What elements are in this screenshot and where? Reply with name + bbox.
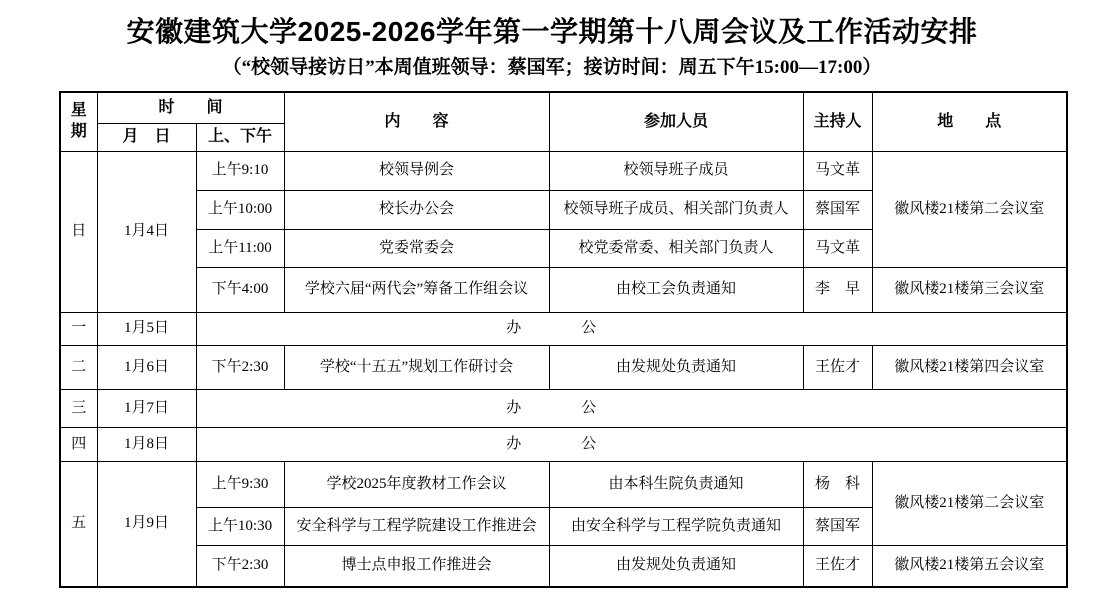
- cell-week: 二: [60, 345, 97, 389]
- cell-host: 李 早: [803, 267, 872, 312]
- col-header-week: 星期: [60, 92, 97, 151]
- cell-time: 上午9:10: [196, 151, 284, 190]
- office-note-text: 办 公: [506, 435, 596, 454]
- cell-location: 徽风楼21楼第五会议室: [872, 545, 1067, 587]
- cell-week: 一: [60, 312, 97, 345]
- cell-location: 徽风楼21楼第三会议室: [872, 267, 1067, 312]
- cell-time: 上午10:30: [196, 507, 284, 545]
- cell-participants: 校领导班子成员: [549, 151, 803, 190]
- cell-host: 王佐才: [803, 345, 872, 389]
- cell-time: 上午11:00: [196, 229, 284, 267]
- cell-participants: 校党委常委、相关部门负责人: [549, 229, 803, 267]
- col-header-host: 主持人: [803, 92, 872, 151]
- col-header-content: 内 容: [284, 92, 549, 151]
- col-header-week-label: 星期: [70, 101, 88, 143]
- cell-date: 1月4日: [97, 151, 196, 312]
- cell-time: 下午2:30: [196, 545, 284, 587]
- col-header-location: 地 点: [872, 92, 1067, 151]
- table-row: 四 1月8日 办 公: [60, 427, 1067, 461]
- cell-week: 五: [60, 461, 97, 587]
- cell-host: 马文革: [803, 229, 872, 267]
- cell-location: 徽风楼21楼第二会议室: [872, 461, 1067, 545]
- cell-time: 下午4:00: [196, 267, 284, 312]
- col-header-ampm: 上、下午: [196, 123, 284, 151]
- cell-participants: 由本科生院负责通知: [549, 461, 803, 507]
- cell-host: 马文革: [803, 151, 872, 190]
- cell-date: 1月9日: [97, 461, 196, 587]
- table-row: 三 1月7日 办 公: [60, 389, 1067, 427]
- cell-week: 四: [60, 427, 97, 461]
- cell-host: 王佐才: [803, 545, 872, 587]
- col-header-time: 时 间: [97, 92, 284, 123]
- cell-week: 三: [60, 389, 97, 427]
- cell-time: 上午10:00: [196, 190, 284, 229]
- cell-participants: 校领导班子成员、相关部门负责人: [549, 190, 803, 229]
- cell-participants: 由发规处负责通知: [549, 345, 803, 389]
- cell-date: 1月6日: [97, 345, 196, 389]
- cell-host: 蔡国军: [803, 507, 872, 545]
- cell-participants: 由发规处负责通知: [549, 545, 803, 587]
- page-title: 安徽建筑大学2025-2026学年第一学期第十八周会议及工作活动安排: [0, 0, 1104, 48]
- cell-office-note: 办 公: [196, 312, 1067, 345]
- cell-date: 1月5日: [97, 312, 196, 345]
- cell-host: 蔡国军: [803, 190, 872, 229]
- office-note-text: 办 公: [506, 319, 596, 338]
- cell-office-note: 办 公: [196, 389, 1067, 427]
- cell-content: 校领导例会: [284, 151, 549, 190]
- table-row: 一 1月5日 办 公: [60, 312, 1067, 345]
- cell-content: 学校六届“两代会”筹备工作组会议: [284, 267, 549, 312]
- cell-location: 徽风楼21楼第二会议室: [872, 151, 1067, 267]
- table-row: 下午2:30 博士点申报工作推进会 由发规处负责通知 王佐才 徽风楼21楼第五会…: [60, 545, 1067, 587]
- cell-participants: 由安全科学与工程学院负责通知: [549, 507, 803, 545]
- cell-participants: 由校工会负责通知: [549, 267, 803, 312]
- cell-time: 下午2:30: [196, 345, 284, 389]
- cell-content: 博士点申报工作推进会: [284, 545, 549, 587]
- col-header-date: 月 日: [97, 123, 196, 151]
- cell-time: 上午9:30: [196, 461, 284, 507]
- schedule-table: 星期 时 间 内 容 参加人员 主持人 地 点 月 日 上、下午 日 1月4日 …: [59, 91, 1068, 588]
- table-row: 下午4:00 学校六届“两代会”筹备工作组会议 由校工会负责通知 李 早 徽风楼…: [60, 267, 1067, 312]
- cell-week: 日: [60, 151, 97, 312]
- table-row: 日 1月4日 上午9:10 校领导例会 校领导班子成员 马文革 徽风楼21楼第二…: [60, 151, 1067, 190]
- cell-content: 学校2025年度教材工作会议: [284, 461, 549, 507]
- cell-location: 徽风楼21楼第四会议室: [872, 345, 1067, 389]
- cell-content: 党委常委会: [284, 229, 549, 267]
- page-subtitle: （“校领导接访日”本周值班领导：蔡国军；接访时间：周五下午15:00—17:00…: [0, 48, 1104, 79]
- col-header-participants: 参加人员: [549, 92, 803, 151]
- office-note-text: 办 公: [506, 399, 596, 418]
- document-page: 安徽建筑大学2025-2026学年第一学期第十八周会议及工作活动安排 （“校领导…: [0, 0, 1104, 614]
- cell-date: 1月8日: [97, 427, 196, 461]
- cell-date: 1月7日: [97, 389, 196, 427]
- table-row: 二 1月6日 下午2:30 学校“十五五”规划工作研讨会 由发规处负责通知 王佐…: [60, 345, 1067, 389]
- table-row: 五 1月9日 上午9:30 学校2025年度教材工作会议 由本科生院负责通知 杨…: [60, 461, 1067, 507]
- cell-content: 安全科学与工程学院建设工作推进会: [284, 507, 549, 545]
- cell-content: 校长办公会: [284, 190, 549, 229]
- cell-office-note: 办 公: [196, 427, 1067, 461]
- cell-content: 学校“十五五”规划工作研讨会: [284, 345, 549, 389]
- cell-host: 杨 科: [803, 461, 872, 507]
